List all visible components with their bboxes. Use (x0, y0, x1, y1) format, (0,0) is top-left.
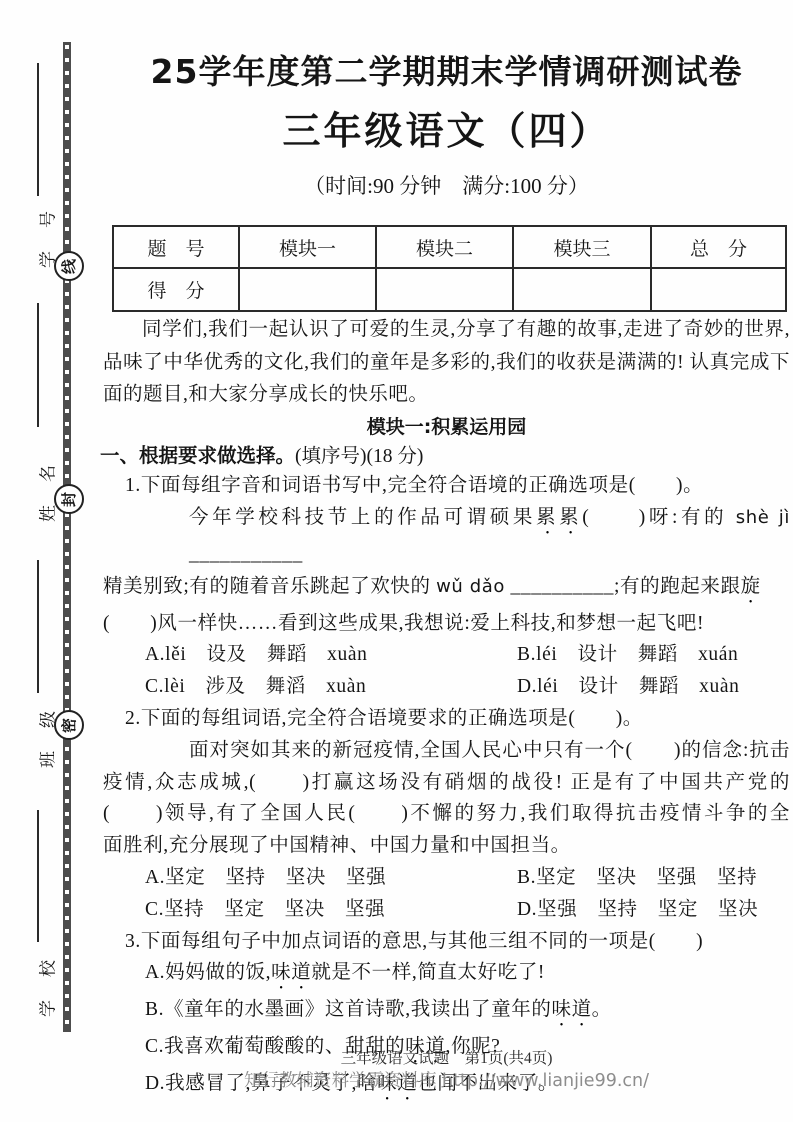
text-segment: 2.下面的每组词语,完全符合语境要求的正确选项是( )。 (125, 708, 643, 729)
text-segment: __________;有的跑起来跟 (505, 576, 741, 597)
text-segment: C.lèi 涉及 舞滔 xuàn (145, 671, 517, 703)
exam-subtitle: 三年级语文（四） (103, 100, 790, 155)
text-segment: A.坚定 坚持 坚决 坚强 (145, 862, 517, 894)
margin-fill-line (37, 560, 39, 693)
text-segment: 疫情,众志成城,( )打赢这场没有硝烟的战役! 正是有了中国共产党的 (103, 772, 790, 793)
text-segment: D.léi 设计 舞蹈 xuàn (517, 676, 739, 697)
text-segment: 3.下面每组句子中加点词语的意思,与其他三组不同的一项是( ) (125, 931, 703, 952)
q1-options-ab: A.lěi 设及 舞蹈 xuànB.léi 设计 舞蹈 xuán (103, 639, 790, 671)
seal-stamp-xian: 线 (54, 251, 84, 281)
score-row-label: 得 分 (113, 268, 239, 311)
text-segment: B.《童年的水墨画》这首诗歌,我读出了童年的 (145, 999, 551, 1020)
page-title: 25学年度第二学期期末学情调研测试卷 (103, 46, 790, 93)
footer-page-info: 三年级语文试题 第1页(共4页) (103, 1046, 790, 1068)
header-cell-question-number: 题 号 (113, 226, 239, 268)
header-cell-module1: 模块一 (239, 226, 376, 268)
text-segment: 面胜利,充分展现了中国精神、中国力量和中国担当。 (103, 835, 571, 856)
pinyin-text: shè jì (736, 507, 790, 528)
text-segment: A.妈妈做的饭, (145, 962, 271, 983)
seal-stamp-mi: 密 (54, 710, 84, 740)
text-segment: B.léi 设计 舞蹈 xuán (517, 644, 738, 665)
exam-time-score-info: （时间:90 分钟 满分:100 分） (103, 170, 790, 200)
text-segment: ( )风一样快……看到这些成果,我想说:爱上科技,和梦想一起飞吧! (103, 613, 704, 634)
text-segment: ( )呀:有的 (582, 507, 735, 528)
q2-passage-2: 疫情,众志成城,( )打赢这场没有硝烟的战役! 正是有了中国共产党的 (103, 767, 790, 799)
module1-heading: 模块一:积累运用园 (103, 412, 790, 439)
q3-option-b: B.《童年的水墨画》这首诗歌,我读出了童年的味道。 (103, 994, 790, 1031)
content-lines: 1.下面每组字音和词语书写中,完全符合语境的正确选项是( )。今年学校科技节上的… (103, 470, 790, 1105)
text-segment: 。 (592, 999, 612, 1020)
q3-option-a: A.妈妈做的饭,味道就是不一样,简直太好吃了! (103, 957, 790, 994)
text-segment: 今年学校科技节上的作品可谓硕果 (189, 507, 536, 528)
q1-stem: 1.下面每组字音和词语书写中,完全符合语境的正确选项是( )。 (103, 470, 790, 502)
margin-fill-line (37, 63, 39, 196)
margin-fill-line (37, 303, 39, 427)
text-segment: B.坚定 坚决 坚强 坚持 (517, 867, 757, 888)
binding-dotted-line (63, 42, 71, 1032)
text-segment: ( )领导,有了全国人民( )不懈的努力,我们取得抗击疫情斗争的全 (103, 803, 790, 824)
exam-paper-page: 线 封 密 学 号 姓 名 班 级 学 校 25学年度第二学期期末学情调研测试卷… (0, 0, 793, 1122)
header-cell-module3: 模块三 (513, 226, 651, 268)
score-table: 题 号 模块一 模块二 模块三 总 分 得 分 (112, 225, 787, 312)
score-cell (239, 268, 376, 311)
score-table-header-row: 题 号 模块一 模块二 模块三 总 分 (113, 226, 786, 268)
q3-stem: 3.下面每组句子中加点词语的意思,与其他三组不同的一项是( ) (103, 926, 790, 958)
text-segment: 1.下面每组字音和词语书写中,完全符合语境的正确选项是( )。 (125, 475, 703, 496)
text-segment: 精美别致;有的随着音乐跳起了欢快的 (103, 576, 436, 597)
footer-source: 知行教辅资料学霸资料库 http://www.lianjie99.cn/ (103, 1067, 790, 1092)
seal-stamp-feng: 封 (54, 484, 84, 514)
text-segment: 就是不一样,简直太好吃了! (311, 962, 545, 983)
q2-passage-1: 面对突如其来的新冠疫情,全国人民心中只有一个( )的信念:抗击 (103, 735, 790, 767)
text-segment: ___________ (189, 544, 303, 565)
section1-heading-normal: (填序号)(18 分) (295, 446, 423, 467)
emphasized-text: 味道 (551, 999, 591, 1020)
text-segment: D.坚强 坚持 坚定 坚决 (517, 899, 758, 920)
q1-passage-2: 精美别致;有的随着音乐跳起了欢快的 wǔ dǎo __________;有的跑起… (103, 571, 790, 608)
text-segment: A.lěi 设及 舞蹈 xuàn (145, 639, 517, 671)
header-cell-module2: 模块二 (376, 226, 513, 268)
q1-passage-1: 今年学校科技节上的作品可谓硕果累累( )呀:有的 shè jì ________… (103, 502, 790, 571)
intro-paragraph: 同学们,我们一起认识了可爱的生灵,分享了有趣的故事,走进了奇妙的世界,品味了中华… (103, 314, 790, 412)
score-table-score-row: 得 分 (113, 268, 786, 311)
margin-fill-line (37, 810, 39, 942)
text-segment: 面对突如其来的新冠疫情,全国人民心中只有一个( )的信念:抗击 (189, 740, 790, 761)
header-cell-total: 总 分 (651, 226, 786, 268)
margin-field-school: 学 校 (34, 957, 59, 1017)
q2-stem: 2.下面的每组词语,完全符合语境要求的正确选项是( )。 (103, 703, 790, 735)
text-segment: C.坚持 坚定 坚决 坚强 (145, 894, 517, 926)
emphasized-text: 味道 (271, 962, 311, 983)
q1-options-cd: C.lèi 涉及 舞滔 xuànD.léi 设计 舞蹈 xuàn (103, 671, 790, 703)
emphasized-text: 累累 (536, 507, 582, 528)
emphasized-text: 旋 (741, 576, 761, 597)
q1-passage-3: ( )风一样快……看到这些成果,我想说:爱上科技,和梦想一起飞吧! (103, 608, 790, 640)
q2-options-ab: A.坚定 坚持 坚决 坚强B.坚定 坚决 坚强 坚持 (103, 862, 790, 894)
q2-passage-4: 面胜利,充分展现了中国精神、中国力量和中国担当。 (103, 830, 790, 862)
score-cell (651, 268, 786, 311)
score-cell (513, 268, 651, 311)
pinyin-text: wǔ dǎo (436, 576, 505, 597)
score-cell (376, 268, 513, 311)
q2-passage-3: ( )领导,有了全国人民( )不懈的努力,我们取得抗击疫情斗争的全 (103, 798, 790, 830)
section1-heading: 一、根据要求做选择。(填序号)(18 分) (100, 440, 423, 468)
section1-heading-bold: 一、根据要求做选择。 (100, 444, 295, 467)
q2-options-cd: C.坚持 坚定 坚决 坚强D.坚强 坚持 坚定 坚决 (103, 894, 790, 926)
